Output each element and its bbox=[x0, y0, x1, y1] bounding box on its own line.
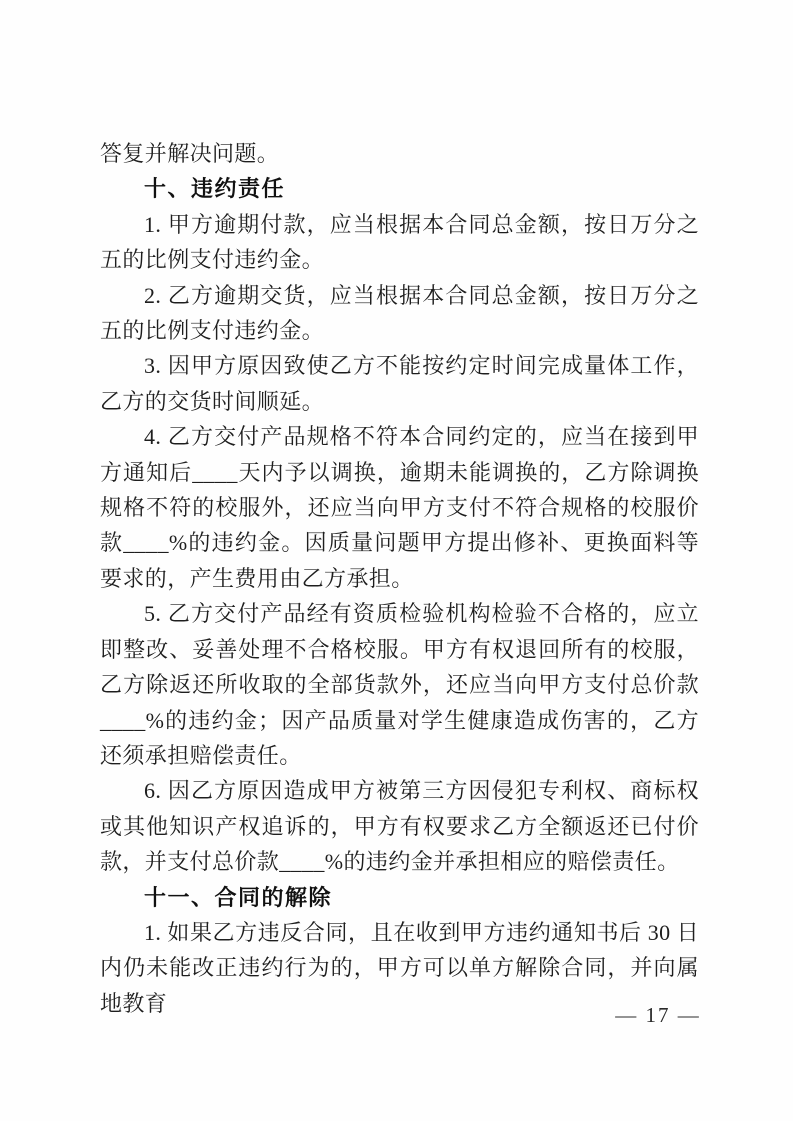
contract-text-block: 答复并解决问题。 十、违约责任 1. 甲方逾期付款，应当根据本合同总金额，按日万… bbox=[100, 136, 699, 1021]
document-page: 答复并解决问题。 十、违约责任 1. 甲方逾期付款，应当根据本合同总金额，按日万… bbox=[0, 0, 793, 1121]
clause-paragraph: 5. 乙方交付产品经有资质检验机构检验不合格的，应立即整改、妥善处理不合格校服。… bbox=[100, 596, 699, 773]
clause-paragraph: 1. 甲方逾期付款，应当根据本合同总金额，按日万分之五的比例支付违约金。 bbox=[100, 207, 699, 278]
section-heading-breach-liability: 十、违约责任 bbox=[100, 171, 699, 206]
page-number: — 17 — bbox=[598, 1003, 718, 1028]
section-heading-contract-termination: 十一、合同的解除 bbox=[100, 880, 699, 915]
paragraph-continuation: 答复并解决问题。 bbox=[100, 136, 699, 171]
clause-paragraph: 4. 乙方交付产品规格不符本合同约定的，应当在接到甲方通知后____天内予以调换… bbox=[100, 419, 699, 596]
clause-paragraph: 2. 乙方逾期交货，应当根据本合同总金额，按日万分之五的比例支付违约金。 bbox=[100, 278, 699, 349]
clause-paragraph: 6. 因乙方原因造成甲方被第三方因侵犯专利权、商标权或其他知识产权追诉的，甲方有… bbox=[100, 773, 699, 879]
clause-paragraph: 3. 因甲方原因致使乙方不能按约定时间完成量体工作，乙方的交货时间顺延。 bbox=[100, 348, 699, 419]
